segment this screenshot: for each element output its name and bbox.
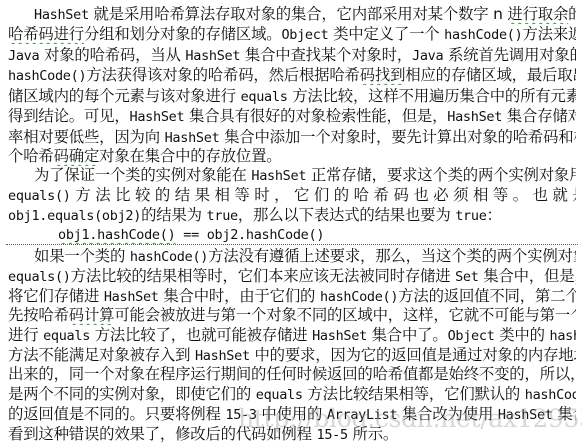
text-span: 集合存储对象的效 [502,107,576,125]
text-span: 所示。 [348,425,398,443]
code-term: HashSet [251,168,306,184]
spellcheck-flagged-text: 码确定 [54,147,100,165]
spellcheck-flagged-text: 码找到 [360,66,406,84]
text-span: 方法没有遵循上述要求，那么，当这个类的两个实例对象用 [208,247,576,265]
text-span: 的返回值是不同的。只要将例程 [8,405,225,423]
paragraph-1-line-8: 个哈希码确定对象在集合中的存放位置。 [8,146,576,166]
code-term: == obj2.hashCode() [175,227,324,243]
text-span: 集合具有很好的对象检索性能，但是， [184,107,447,125]
code-term: HashSet [185,48,240,64]
text-span: 看到这种错误的效果了，修改后的代码如例程 [8,425,317,443]
paragraph-3-line-4: 先按哈希码计算可能会被放进与第一个对象不同的区域中，这样，它就不可能与第一个对象 [8,305,576,325]
code-term: equals [241,89,288,105]
text-span: 中的要求，因为它的返回值是通过对象的内存地址推算 [250,346,576,364]
text-span: 正常存储，要求这个类的两个实例对象用 [306,166,576,184]
code-term: 15-3 [225,407,256,423]
text-span: 方法比较，这样不用遍历集合中的所有元素就可以 [288,87,576,105]
text-span: 集合中时，由于它们的 [159,287,320,305]
code-term: true [207,208,238,224]
text-span: 进行 [8,326,43,344]
code-term: HashSet [447,109,502,125]
text-span: 如果一个类的 [34,247,130,265]
code-expression-line: obj1.hashCode() == obj2.hashCode() [58,224,558,244]
paragraph-3-line-7: 出来的，同一个对象在程序运行期间的任何时候返回的哈希值都是始终不变的，所以，只要 [8,364,576,384]
code-term: HashSet [34,7,89,23]
code-term: hashCode() [8,68,86,84]
code-term: HashSet [195,348,250,364]
text-span: 就是采用哈希算法存取对象的集合，它内部采用对某个数字 n [89,5,508,23]
text-span: 方 法 比 较 的 结 果 相 等 时 ， 它 们 的 哈 希 码 也 必 须 … [71,186,576,204]
spellcheck-flagged-text: 进行取余 [507,5,568,23]
text-span: 集合中了。 [367,326,448,344]
text-span: 的方式对 [568,5,576,23]
paragraph-1-line-3: Java 对象的哈希码，当从 HashSet 集合中查找某个对象时，Java 系… [8,45,576,65]
code-term: hashCode() [320,289,398,305]
code-term: hashCode() [444,27,522,43]
paragraph-3-line-6: 方法不能满足对象被存入到 HashSet 中的要求，因为它的返回值是通过对象的内… [8,345,576,365]
dotted-separator [6,244,578,245]
text-span: 为了保证一个类的实例对象能在 [34,166,251,184]
text-span: 方法的返回值不同，第二个对象首 [398,287,576,305]
text-span: 方法比较了，也就可能被存储进 [90,326,312,344]
text-span: 可能会被放进与第一个对象不同的区域中，这样，它就不可能与第一个对象 [114,306,576,324]
text-span: 系统首先调用对象的 [443,46,576,64]
text-span: 类中的 [495,326,550,344]
text-span: 对象在集合中的存放位置。 [99,147,281,165]
paragraph-3-line-10: 看到这种错误的效果了，修改后的代码如例程 15-5 所示。 [8,424,576,444]
paragraph-1-line-2: 哈希码进行分组和划分对象的存储区域。Object 类中定义了一个 hashCod… [8,24,576,44]
text-span: 对象的哈希码，当从 [39,46,185,64]
paragraph-1-line-7: 率相对要低些，因为向 HashSet 集合中添加一个对象时，要先计算出对象的哈希… [8,127,576,147]
code-term: hashCode [525,387,576,403]
paragraph-3-line-2: equals()方法比较的结果相等时，它们本来应该无法被同时存储进 Set 集合… [8,266,576,286]
code-term: HashSet [498,407,553,423]
code-term: Java [8,48,39,64]
paragraph-3-line-8: 是两个不同的实例对象，即使它们的 equals 方法比较结果相等，它们默认的 h… [8,384,576,404]
paragraph-1-line-1: HashSet 就是采用哈希算法存取对象的集合，它内部采用对某个数字 n 进行取… [34,4,576,24]
code-term: Java [412,48,443,64]
spellcheck-flagged-code: obj1.hashCode() [58,227,175,243]
text-span: 集合就可以 [553,405,576,423]
code-term: true [455,208,486,224]
paragraph-1-line-4: hashCode()方法获得该对象的哈希码，然后根据哈希码找到相应的存储区域，最… [8,65,576,85]
text-span: 相应的存储区域，最后取出该存 [405,66,576,84]
text-span: ，那么以下表达式的结果也要为 [238,206,455,224]
code-term: Set [455,269,478,285]
text-span: 出来的，同一个对象在程序运行期间的任何时候返回的哈希值都是始终不变的，所以，只要 [8,365,576,383]
code-term: obj1.equals(obj2) [8,208,141,224]
text-span: 个哈希 [8,147,54,165]
code-term: Object [281,27,328,43]
text-span: 分组和划分对象的存储区域。 [84,25,281,43]
code-term: Object [448,328,495,344]
text-span: 先按哈希 [8,306,69,324]
paragraph-3-line-5: 进行 equals 方法比较了，也就可能被存储进 HashSet 集合中了。Ob… [8,325,576,345]
paragraph-1-line-6: 得到结论。可见，HashSet 集合具有很好的对象检索性能，但是，HashSet… [8,106,576,126]
text-span: 的结果为 [141,206,206,224]
spellcheck-flagged-text: 哈希码进行 [8,25,84,43]
text-span: 集合改为使用 [397,405,498,423]
text-span: 集合中，但是，如果 [479,267,576,285]
text-span: 集合中查找某个对象时， [240,46,412,64]
code-term: HashSet [104,289,159,305]
text-span: 方法来返回每个 [522,25,576,43]
code-term: equals() [8,269,71,285]
paragraph-2-line-3: obj1.equals(obj2)的结果为 true，那么以下表达式的结果也要为… [8,205,576,225]
code-term: hashCode() [550,328,577,344]
text-span: 将它们存储进 [8,287,104,305]
text-span: 方法不能满足对象被存入到 [8,346,195,364]
text-span: 储区域内的每个元素与该对象进行 [8,87,241,105]
text-span: 是两个不同的实例对象，即使它们的 [8,385,256,403]
paragraph-2-line-1: 为了保证一个类的实例对象能在 HashSet 正常存储，要求这个类的两个实例对象… [34,165,576,185]
text-span: 中使用的 [257,405,327,423]
code-term: HashSet [312,328,367,344]
text-span: 方法获得该对象的哈希码，然后根据哈希 [86,66,359,84]
code-term: equals() [8,188,71,204]
text-span: 方法比较结果相等，它们默认的 [303,385,525,403]
code-term: 15-5 [317,427,348,443]
text-span: 集合中添加一个对象时，要先计算出对象的哈希码和根据这 [219,128,576,146]
code-term: ArrayList [327,407,397,423]
paragraph-3-line-9: 的返回值是不同的。只要将例程 15-3 中使用的 ArrayList 集合改为使… [8,404,576,424]
code-term: hashCode() [130,249,208,265]
text-span: 方法比较的结果相等时，它们本来应该无法被同时存储进 [71,267,455,285]
paragraph-1-line-5: 储区域内的每个元素与该对象进行 equals 方法比较，这样不用遍历集合中的所有… [8,86,576,106]
text-span: 得到结论。可见， [8,107,130,125]
code-term: HashSet [165,130,220,146]
spellcheck-flagged-text: 码计算 [69,306,115,324]
code-term: HashSet [130,109,185,125]
text-span: ： [487,206,502,224]
code-term: equals [256,387,303,403]
document-page: HashSet 就是采用哈希算法存取对象的集合，它内部采用对某个数字 n 进行取… [0,0,582,445]
text-span: 类中定义了一个 [328,25,444,43]
paragraph-2-line-2: equals() 方 法 比 较 的 结 果 相 等 时 ， 它 们 的 哈 希… [8,185,576,205]
code-term: equals [43,328,90,344]
paragraph-3-line-1: 如果一个类的 hashCode()方法没有遵循上述要求，那么，当这个类的两个实例… [34,246,576,266]
text-span: 率相对要低些，因为向 [8,128,165,146]
paragraph-3-line-3: 将它们存储进 HashSet 集合中时，由于它们的 hashCode()方法的返… [8,286,576,306]
